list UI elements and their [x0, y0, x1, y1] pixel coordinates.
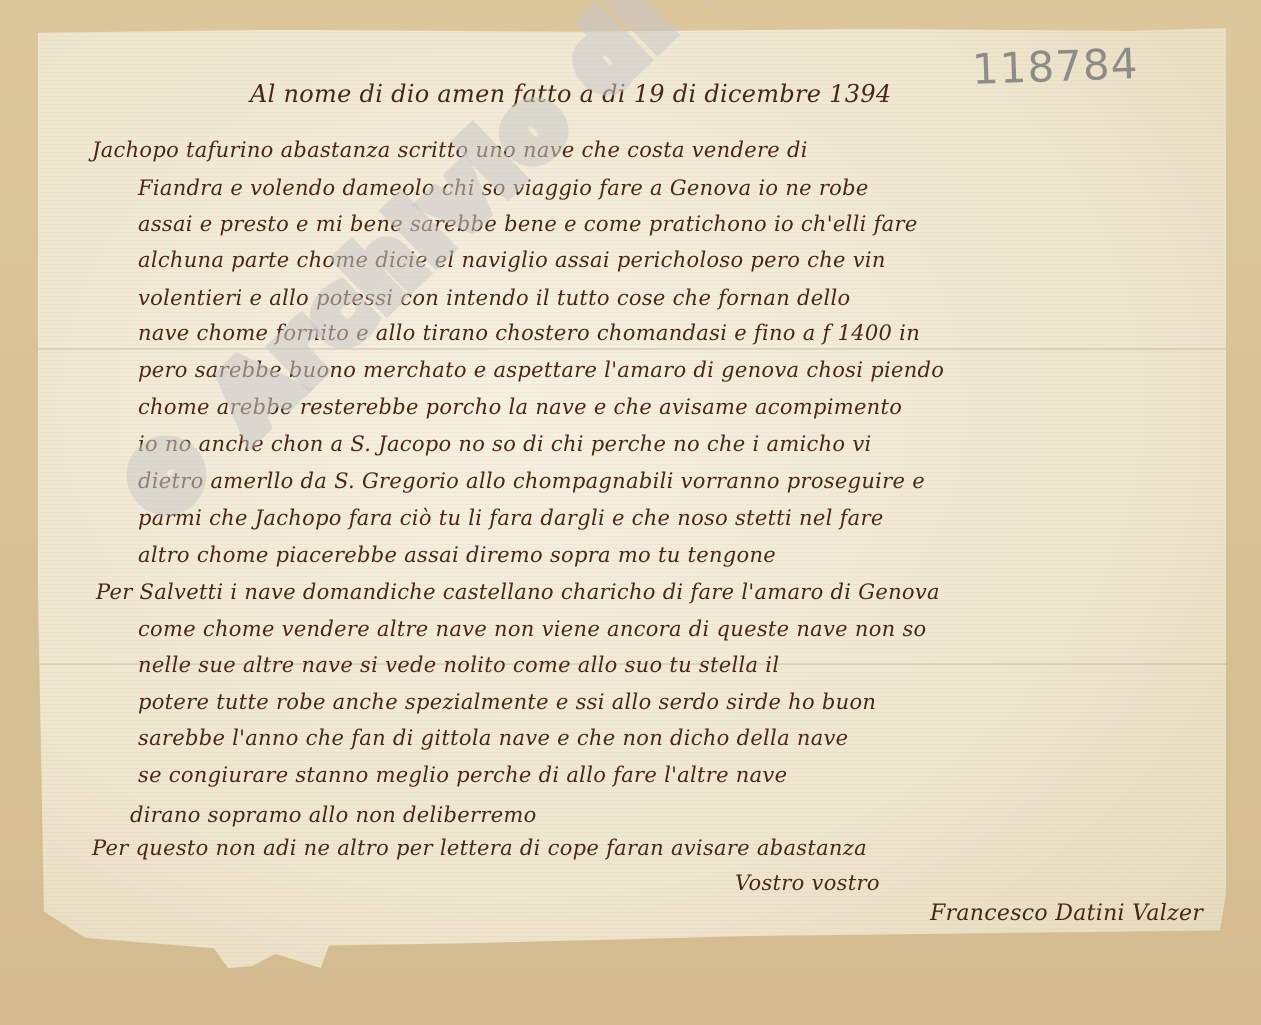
letter-line: dietro amerllo da S. Gregorio allo chomp… — [138, 471, 925, 492]
letter-signature: Francesco Datini Valzer — [930, 903, 1203, 925]
paper-fold-crease — [38, 348, 1226, 350]
letter-line: Per Salvetti i nave domandiche castellan… — [96, 582, 940, 603]
letter-line: altro chome piacerebbe assai diremo sopr… — [138, 545, 776, 566]
letter-line: potere tutte robe anche spezialmente e s… — [138, 692, 876, 713]
letter-line: volentieri e allo potessi con intendo il… — [138, 288, 850, 309]
letter-line: se congiurare stanno meglio perche di al… — [138, 765, 787, 786]
catalog-number: 118784 — [971, 39, 1139, 94]
letter-closing: Vostro vostro — [735, 873, 880, 894]
letter-line: assai e presto e mi bene sarebbe bene e … — [138, 214, 918, 235]
letter-line: come chome vendere altre nave non viene … — [138, 619, 926, 640]
letter-line: dirano sopramo allo non deliberremo — [130, 805, 537, 826]
letter-line: nelle sue altre nave si vede nolito come… — [138, 655, 779, 676]
letter-line: parmi che Jachopo fara ciò tu li fara da… — [138, 508, 884, 529]
letter-line: sarebbe l'anno che fan di gittola nave e… — [138, 728, 848, 749]
postscript-line: Per questo non adi ne altro per lettera … — [92, 838, 867, 859]
letter-line: alchuna parte chome dicie el naviglio as… — [138, 250, 886, 271]
